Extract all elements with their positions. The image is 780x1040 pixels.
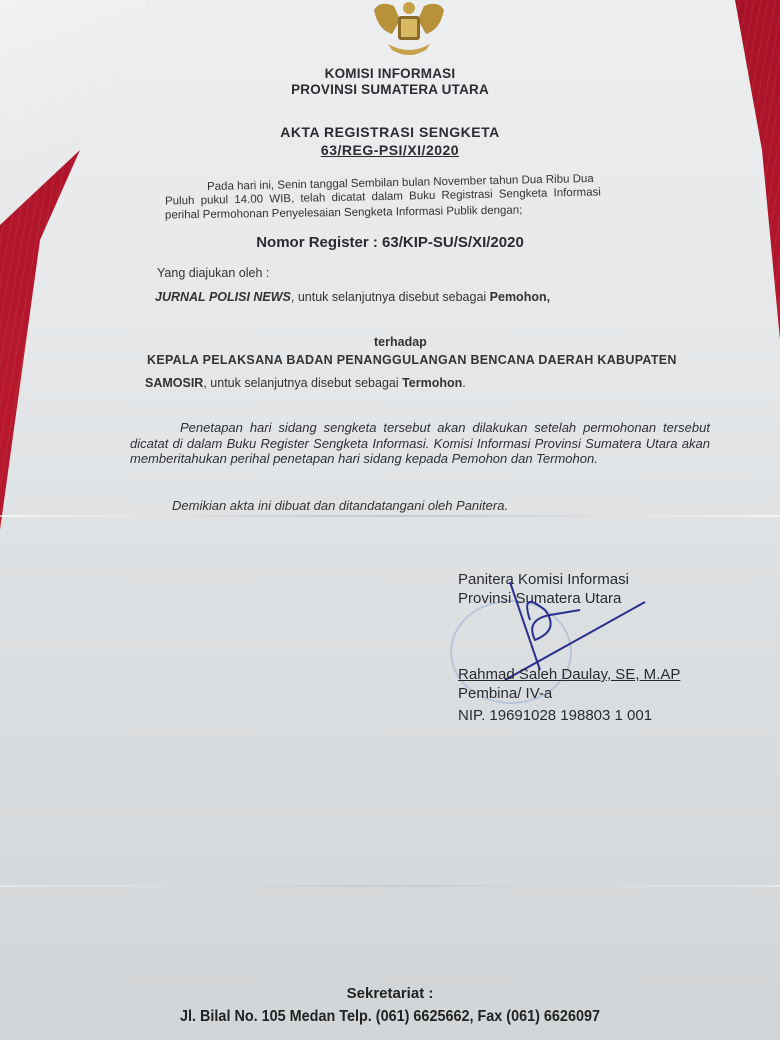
respondent-end: .	[462, 376, 465, 390]
submitted-by-label: Yang diajukan oleh :	[157, 266, 269, 280]
document-number: 63/REG-PSI/XI/2020	[0, 142, 780, 158]
signatory-nip: NIP. 19691028 198803 1 001	[458, 706, 652, 725]
garuda-emblem-icon	[370, 0, 448, 60]
respondent-suffix: , untuk selanjutnya disebut sebagai	[203, 376, 402, 390]
applicant-name: JURNAL POLISI NEWS	[155, 290, 291, 304]
register-number: Nomor Register : 63/KIP-SU/S/XI/2020	[0, 234, 780, 251]
respondent-line-1: KEPALA PELAKSANA BADAN PENANGGULANGAN BE…	[147, 353, 677, 367]
footer-address: Jl. Bilal No. 105 Medan Telp. (061) 6625…	[39, 1008, 741, 1026]
document-title: AKTA REGISTRASI SENGKETA	[0, 124, 780, 140]
signatory-rank: Pembina/ IV-a	[458, 684, 552, 703]
applicant-suffix: , untuk selanjutnya disebut sebagai	[291, 290, 490, 304]
against-label: terhadap	[374, 335, 427, 349]
document: KOMISI INFORMASI PROVINSI SUMATERA UTARA…	[0, 0, 780, 1040]
applicant-line: JURNAL POLISI NEWS, untuk selanjutnya di…	[155, 290, 550, 304]
respondent-line-2: SAMOSIR, untuk selanjutnya disebut sebag…	[145, 376, 466, 390]
applicant-role: Pemohon,	[490, 290, 550, 304]
respondent-name: SAMOSIR	[145, 376, 203, 390]
closing-statement: Demikian akta ini dibuat dan ditandatang…	[172, 499, 508, 513]
body-paragraph: Penetapan hari sidang sengketa tersebut …	[130, 420, 710, 467]
signatory-name: Rahmad Saleh Daulay, SE, M.AP	[458, 665, 680, 684]
footer-label: Sekretariat :	[0, 985, 780, 1002]
institution-province: PROVINSI SUMATERA UTARA	[0, 82, 780, 97]
institution-name: KOMISI INFORMASI	[0, 66, 780, 81]
respondent-role: Termohon	[402, 376, 462, 390]
